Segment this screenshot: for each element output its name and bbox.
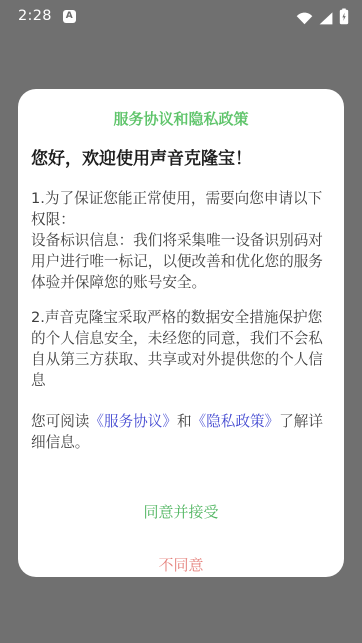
- dialog-title: 服务协议和隐私政策: [31, 111, 331, 128]
- wifi-icon: [296, 12, 313, 25]
- status-bar-left: 2:28 A: [18, 8, 76, 24]
- paragraph-permissions-device-id: 设备标识信息：我们将采集唯一设备识别码对用户进行唯一标记，以便改善和优化您的服务…: [31, 232, 323, 291]
- status-time: 2:28: [18, 8, 52, 24]
- cellular-signal-icon: [319, 12, 333, 25]
- paragraph-permissions: 1.为了保证您能正常使用，需要向您申请以下权限： 设备标识信息：我们将采集唯一设…: [31, 188, 331, 293]
- privacy-policy-link[interactable]: 《隐私政策》: [192, 413, 280, 430]
- paragraph-data-security: 2.声音克隆宝采取严格的数据安全措施保护您的个人信息安全，未经您的同意，我们不会…: [31, 307, 331, 391]
- battery-charging-icon: [339, 8, 349, 25]
- notification-app-icon: A: [63, 10, 76, 23]
- app-screen: 2:28 A: [0, 0, 362, 643]
- dialog-body: 1.为了保证您能正常使用，需要向您申请以下权限： 设备标识信息：我们将采集唯一设…: [31, 188, 331, 453]
- paragraph-agreement-links: 您可阅读《服务协议》和《隐私政策》了解详细信息。: [31, 411, 331, 453]
- notification-app-icon-glyph: A: [66, 12, 73, 21]
- links-text-mid: 和: [177, 413, 192, 430]
- status-bar: 2:28 A: [0, 0, 362, 30]
- privacy-policy-dialog: 服务协议和隐私政策 您好，欢迎使用声音克隆宝！ 1.为了保证您能正常使用，需要向…: [18, 89, 344, 577]
- paragraph-permissions-intro: 1.为了保证您能正常使用，需要向您申请以下权限：: [31, 190, 322, 228]
- dialog-greeting: 您好，欢迎使用声音克隆宝！: [31, 149, 331, 169]
- status-bar-right: [296, 8, 349, 25]
- links-text-pre: 您可阅读: [31, 413, 89, 430]
- agree-button[interactable]: 同意并接受: [31, 503, 331, 521]
- disagree-button[interactable]: 不同意: [31, 556, 331, 574]
- service-agreement-link[interactable]: 《服务协议》: [89, 413, 177, 430]
